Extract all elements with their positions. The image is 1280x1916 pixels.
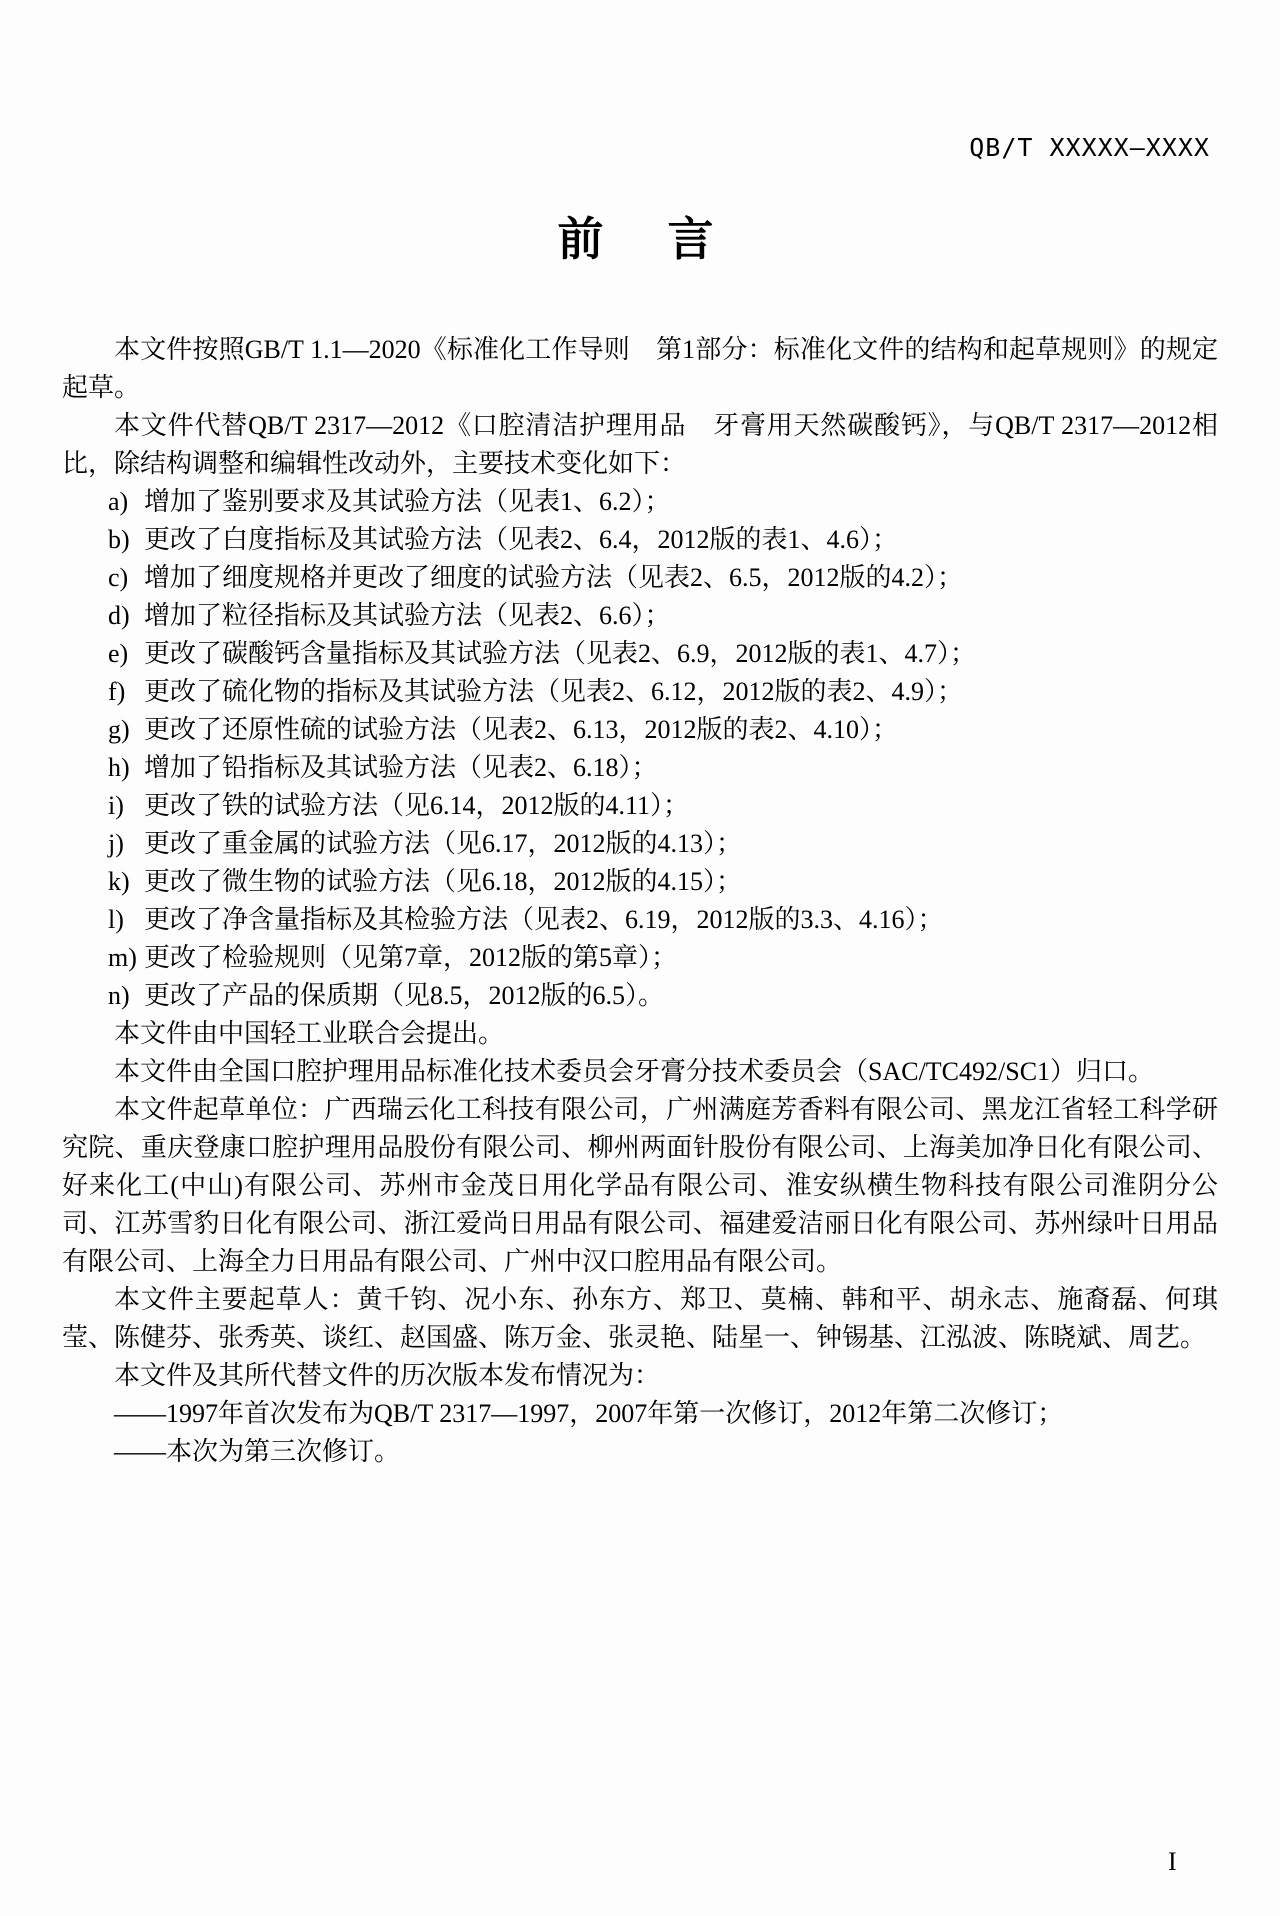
change-item-label: m) bbox=[108, 939, 144, 977]
change-list-item: n)更改了产品的保质期（见8.5，2012版的6.5）。 bbox=[62, 977, 1218, 1015]
change-list-item: a)增加了鉴别要求及其试验方法（见表1、6.2）； bbox=[62, 483, 1218, 521]
change-list-item: j)更改了重金属的试验方法（见6.17，2012版的4.13）； bbox=[62, 825, 1218, 863]
change-list-item: h)增加了铅指标及其试验方法（见表2、6.18）； bbox=[62, 749, 1218, 787]
change-item-label: j) bbox=[108, 825, 144, 863]
change-item-label: a) bbox=[108, 483, 144, 521]
change-item-text: 更改了还原性硫的试验方法（见表2、6.13，2012版的表2、4.10）； bbox=[144, 715, 898, 744]
change-item-text: 更改了净含量指标及其检验方法（见表2、6.19，2012版的3.3、4.16）； bbox=[144, 905, 944, 934]
change-item-label: i) bbox=[108, 787, 144, 825]
paragraph-centralized-by: 本文件由全国口腔护理用品标准化技术委员会牙膏分技术委员会（SAC/TC492/S… bbox=[62, 1053, 1218, 1091]
change-list-item: m)更改了检验规则（见第7章，2012版的第5章）； bbox=[62, 939, 1218, 977]
change-list-item: d)增加了粒径指标及其试验方法（见表2、6.6）； bbox=[62, 597, 1218, 635]
change-item-text: 更改了微生物的试验方法（见6.18，2012版的4.15）； bbox=[144, 867, 742, 896]
change-item-label: n) bbox=[108, 977, 144, 1015]
change-item-text: 更改了检验规则（见第7章，2012版的第5章）； bbox=[144, 943, 677, 972]
change-list-item: e)更改了碳酸钙含量指标及其试验方法（见表2、6.9，2012版的表1、4.7）… bbox=[62, 635, 1218, 673]
change-item-text: 更改了硫化物的指标及其试验方法（见表2、6.12，2012版的表2、4.9）； bbox=[144, 677, 963, 706]
document-page: QB/T XXXXX—XXXX 前 言 本文件按照GB/T 1.1—2020《标… bbox=[0, 0, 1280, 1916]
paragraph-basis: 本文件按照GB/T 1.1—2020《标准化工作导则 第1部分：标准化文件的结构… bbox=[62, 331, 1218, 407]
paragraph-replaces: 本文件代替QB/T 2317—2012《口腔清洁护理用品 牙膏用天然碳酸钙》，与… bbox=[62, 407, 1218, 483]
change-item-text: 增加了鉴别要求及其试验方法（见表1、6.2）； bbox=[144, 487, 671, 516]
paragraph-drafters: 本文件主要起草人：黄千钧、况小东、孙东方、郑卫、莫楠、韩和平、胡永志、施裔磊、何… bbox=[62, 1281, 1218, 1357]
history-list: ——1997年首次发布为QB/T 2317—1997，2007年第一次修订，20… bbox=[62, 1395, 1218, 1471]
change-item-label: k) bbox=[108, 863, 144, 901]
page-number: I bbox=[1168, 1847, 1177, 1877]
change-item-text: 更改了铁的试验方法（见6.14，2012版的4.11）； bbox=[144, 791, 689, 820]
change-item-label: h) bbox=[108, 749, 144, 787]
change-list-item: l)更改了净含量指标及其检验方法（见表2、6.19，2012版的3.3、4.16… bbox=[62, 901, 1218, 939]
paragraph-proposed-by: 本文件由中国轻工业联合会提出。 bbox=[62, 1015, 1218, 1053]
change-item-text: 更改了白度指标及其试验方法（见表2、6.4，2012版的表1、4.6）； bbox=[144, 525, 898, 554]
history-item: ——本次为第三次修订。 bbox=[62, 1433, 1218, 1471]
change-item-text: 更改了重金属的试验方法（见6.17，2012版的4.13）； bbox=[144, 829, 742, 858]
paragraph-history-intro: 本文件及其所代替文件的历次版本发布情况为： bbox=[62, 1357, 1218, 1395]
change-list-item: i)更改了铁的试验方法（见6.14，2012版的4.11）； bbox=[62, 787, 1218, 825]
change-list-item: k)更改了微生物的试验方法（见6.18，2012版的4.15）； bbox=[62, 863, 1218, 901]
change-list-item: b)更改了白度指标及其试验方法（见表2、6.4，2012版的表1、4.6）； bbox=[62, 521, 1218, 559]
change-list-item: g)更改了还原性硫的试验方法（见表2、6.13，2012版的表2、4.10）； bbox=[62, 711, 1218, 749]
change-item-label: e) bbox=[108, 635, 144, 673]
change-item-label: l) bbox=[108, 901, 144, 939]
change-item-label: d) bbox=[108, 597, 144, 635]
change-list-item: f)更改了硫化物的指标及其试验方法（见表2、6.12，2012版的表2、4.9）… bbox=[62, 673, 1218, 711]
change-item-label: c) bbox=[108, 559, 144, 597]
change-item-text: 增加了铅指标及其试验方法（见表2、6.18）； bbox=[144, 753, 658, 782]
change-item-text: 更改了产品的保质期（见8.5，2012版的6.5）。 bbox=[144, 981, 664, 1010]
change-list-item: c)增加了细度规格并更改了细度的试验方法（见表2、6.5，2012版的4.2）； bbox=[62, 559, 1218, 597]
change-item-text: 更改了碳酸钙含量指标及其试验方法（见表2、6.9，2012版的表1、4.7）； bbox=[144, 639, 976, 668]
history-item: ——1997年首次发布为QB/T 2317—1997，2007年第一次修订，20… bbox=[62, 1395, 1218, 1433]
technical-changes-list: a)增加了鉴别要求及其试验方法（见表1、6.2）； b)更改了白度指标及其试验方… bbox=[62, 483, 1218, 1015]
change-item-label: g) bbox=[108, 711, 144, 749]
paragraph-drafting-units: 本文件起草单位：广西瑞云化工科技有限公司，广州满庭芳香料有限公司、黑龙江省轻工科… bbox=[62, 1091, 1218, 1281]
change-item-label: b) bbox=[108, 521, 144, 559]
standard-code-header: QB/T XXXXX—XXXX bbox=[969, 133, 1210, 162]
foreword-body: 本文件按照GB/T 1.1—2020《标准化工作导则 第1部分：标准化文件的结构… bbox=[62, 331, 1218, 1471]
change-item-text: 增加了粒径指标及其试验方法（见表2、6.6）； bbox=[144, 601, 671, 630]
change-item-text: 增加了细度规格并更改了细度的试验方法（见表2、6.5，2012版的4.2）； bbox=[144, 563, 963, 592]
change-item-label: f) bbox=[108, 673, 144, 711]
foreword-title: 前 言 bbox=[0, 203, 1280, 269]
